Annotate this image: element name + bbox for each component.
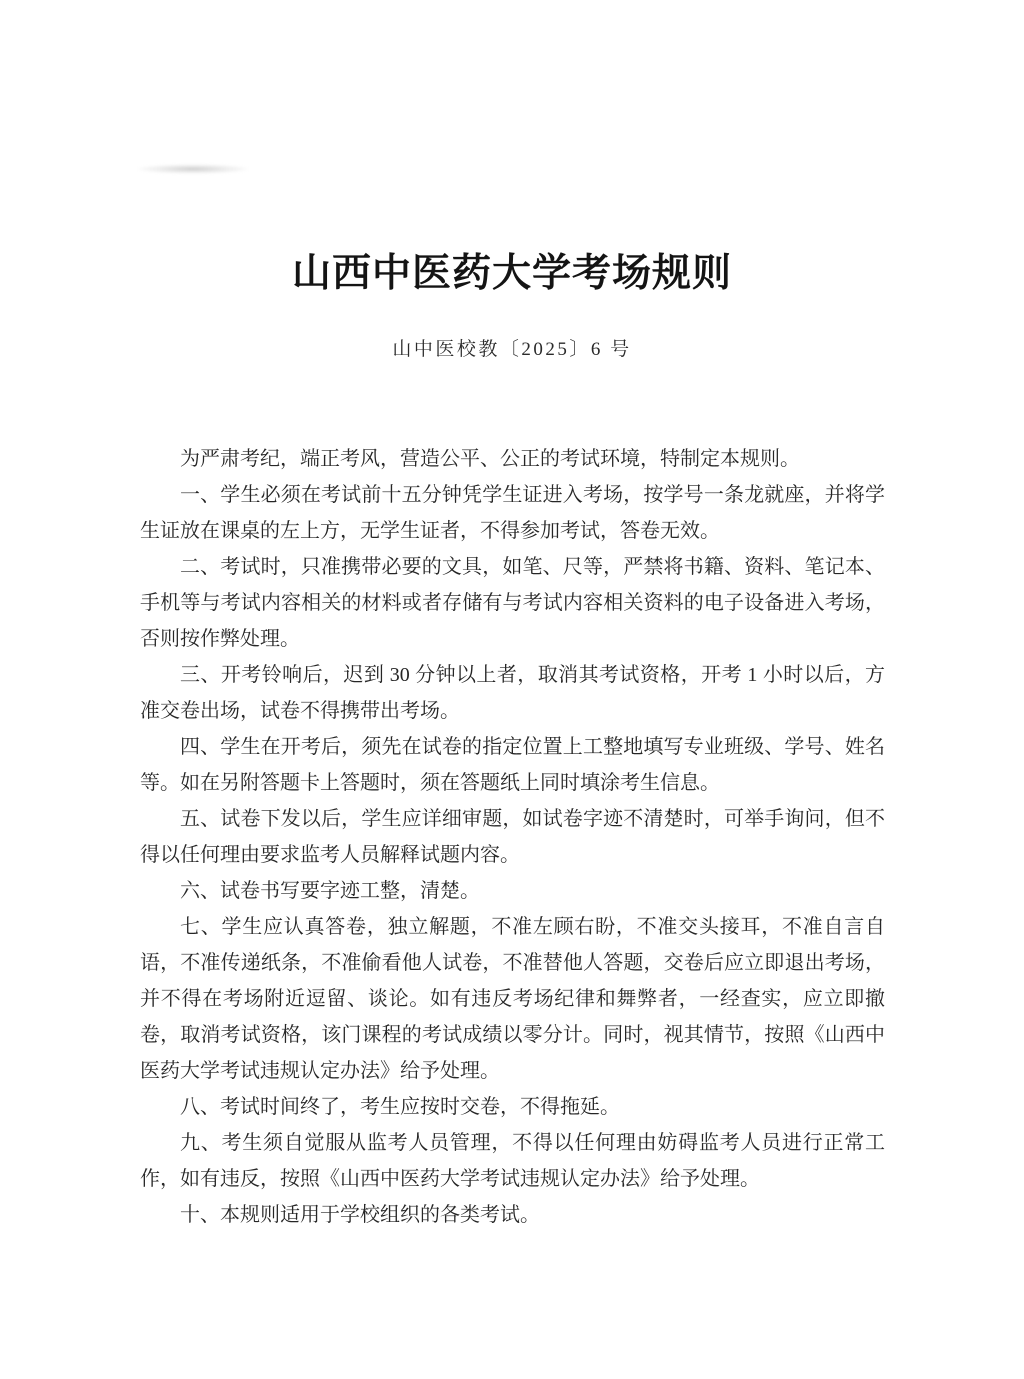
paragraph-rule-7: 七、学生应认真答卷，独立解题，不准左顾右盼，不准交头接耳，不准自言自语，不准传递…: [140, 909, 885, 1089]
document-body: 为严肃考纪，端正考风，营造公平、公正的考试环境，特制定本规则。 一、学生必须在考…: [140, 441, 885, 1233]
paragraph-rule-1: 一、学生必须在考试前十五分钟凭学生证进入考场，按学号一条龙就座，并将学生证放在课…: [140, 477, 885, 549]
paragraph-rule-10: 十、本规则适用于学校组织的各类考试。: [140, 1197, 885, 1233]
paragraph-rule-2: 二、考试时，只准携带必要的文具，如笔、尺等，严禁将书籍、资料、笔记本、手机等与考…: [140, 549, 885, 657]
document-number: 山中医校教〔2025〕6 号: [0, 334, 1024, 361]
document-page: 山西中医药大学考场规则 山中医校教〔2025〕6 号 为严肃考纪，端正考风，营造…: [0, 0, 1024, 1379]
paragraph-rule-5: 五、试卷下发以后，学生应详细审题，如试卷字迹不清楚时，可举手询问，但不得以任何理…: [140, 801, 885, 873]
paragraph-rule-4: 四、学生在开考后，须先在试卷的指定位置上工整地填写专业班级、学号、姓名等。如在另…: [140, 729, 885, 801]
document-title: 山西中医药大学考场规则: [0, 250, 1024, 299]
paragraph-rule-8: 八、考试时间终了，考生应按时交卷，不得拖延。: [140, 1089, 885, 1125]
paragraph-intro: 为严肃考纪，端正考风，营造公平、公正的考试环境，特制定本规则。: [140, 441, 885, 477]
paragraph-rule-3: 三、开考铃响后，迟到 30 分钟以上者，取消其考试资格，开考 1 小时以后，方准…: [140, 657, 885, 729]
paragraph-rule-9: 九、考生须自觉服从监考人员管理，不得以任何理由妨碍监考人员进行正常工作，如有违反…: [140, 1125, 885, 1197]
scan-smudge-artifact: [138, 164, 248, 174]
paragraph-rule-6: 六、试卷书写要字迹工整，清楚。: [140, 873, 885, 909]
